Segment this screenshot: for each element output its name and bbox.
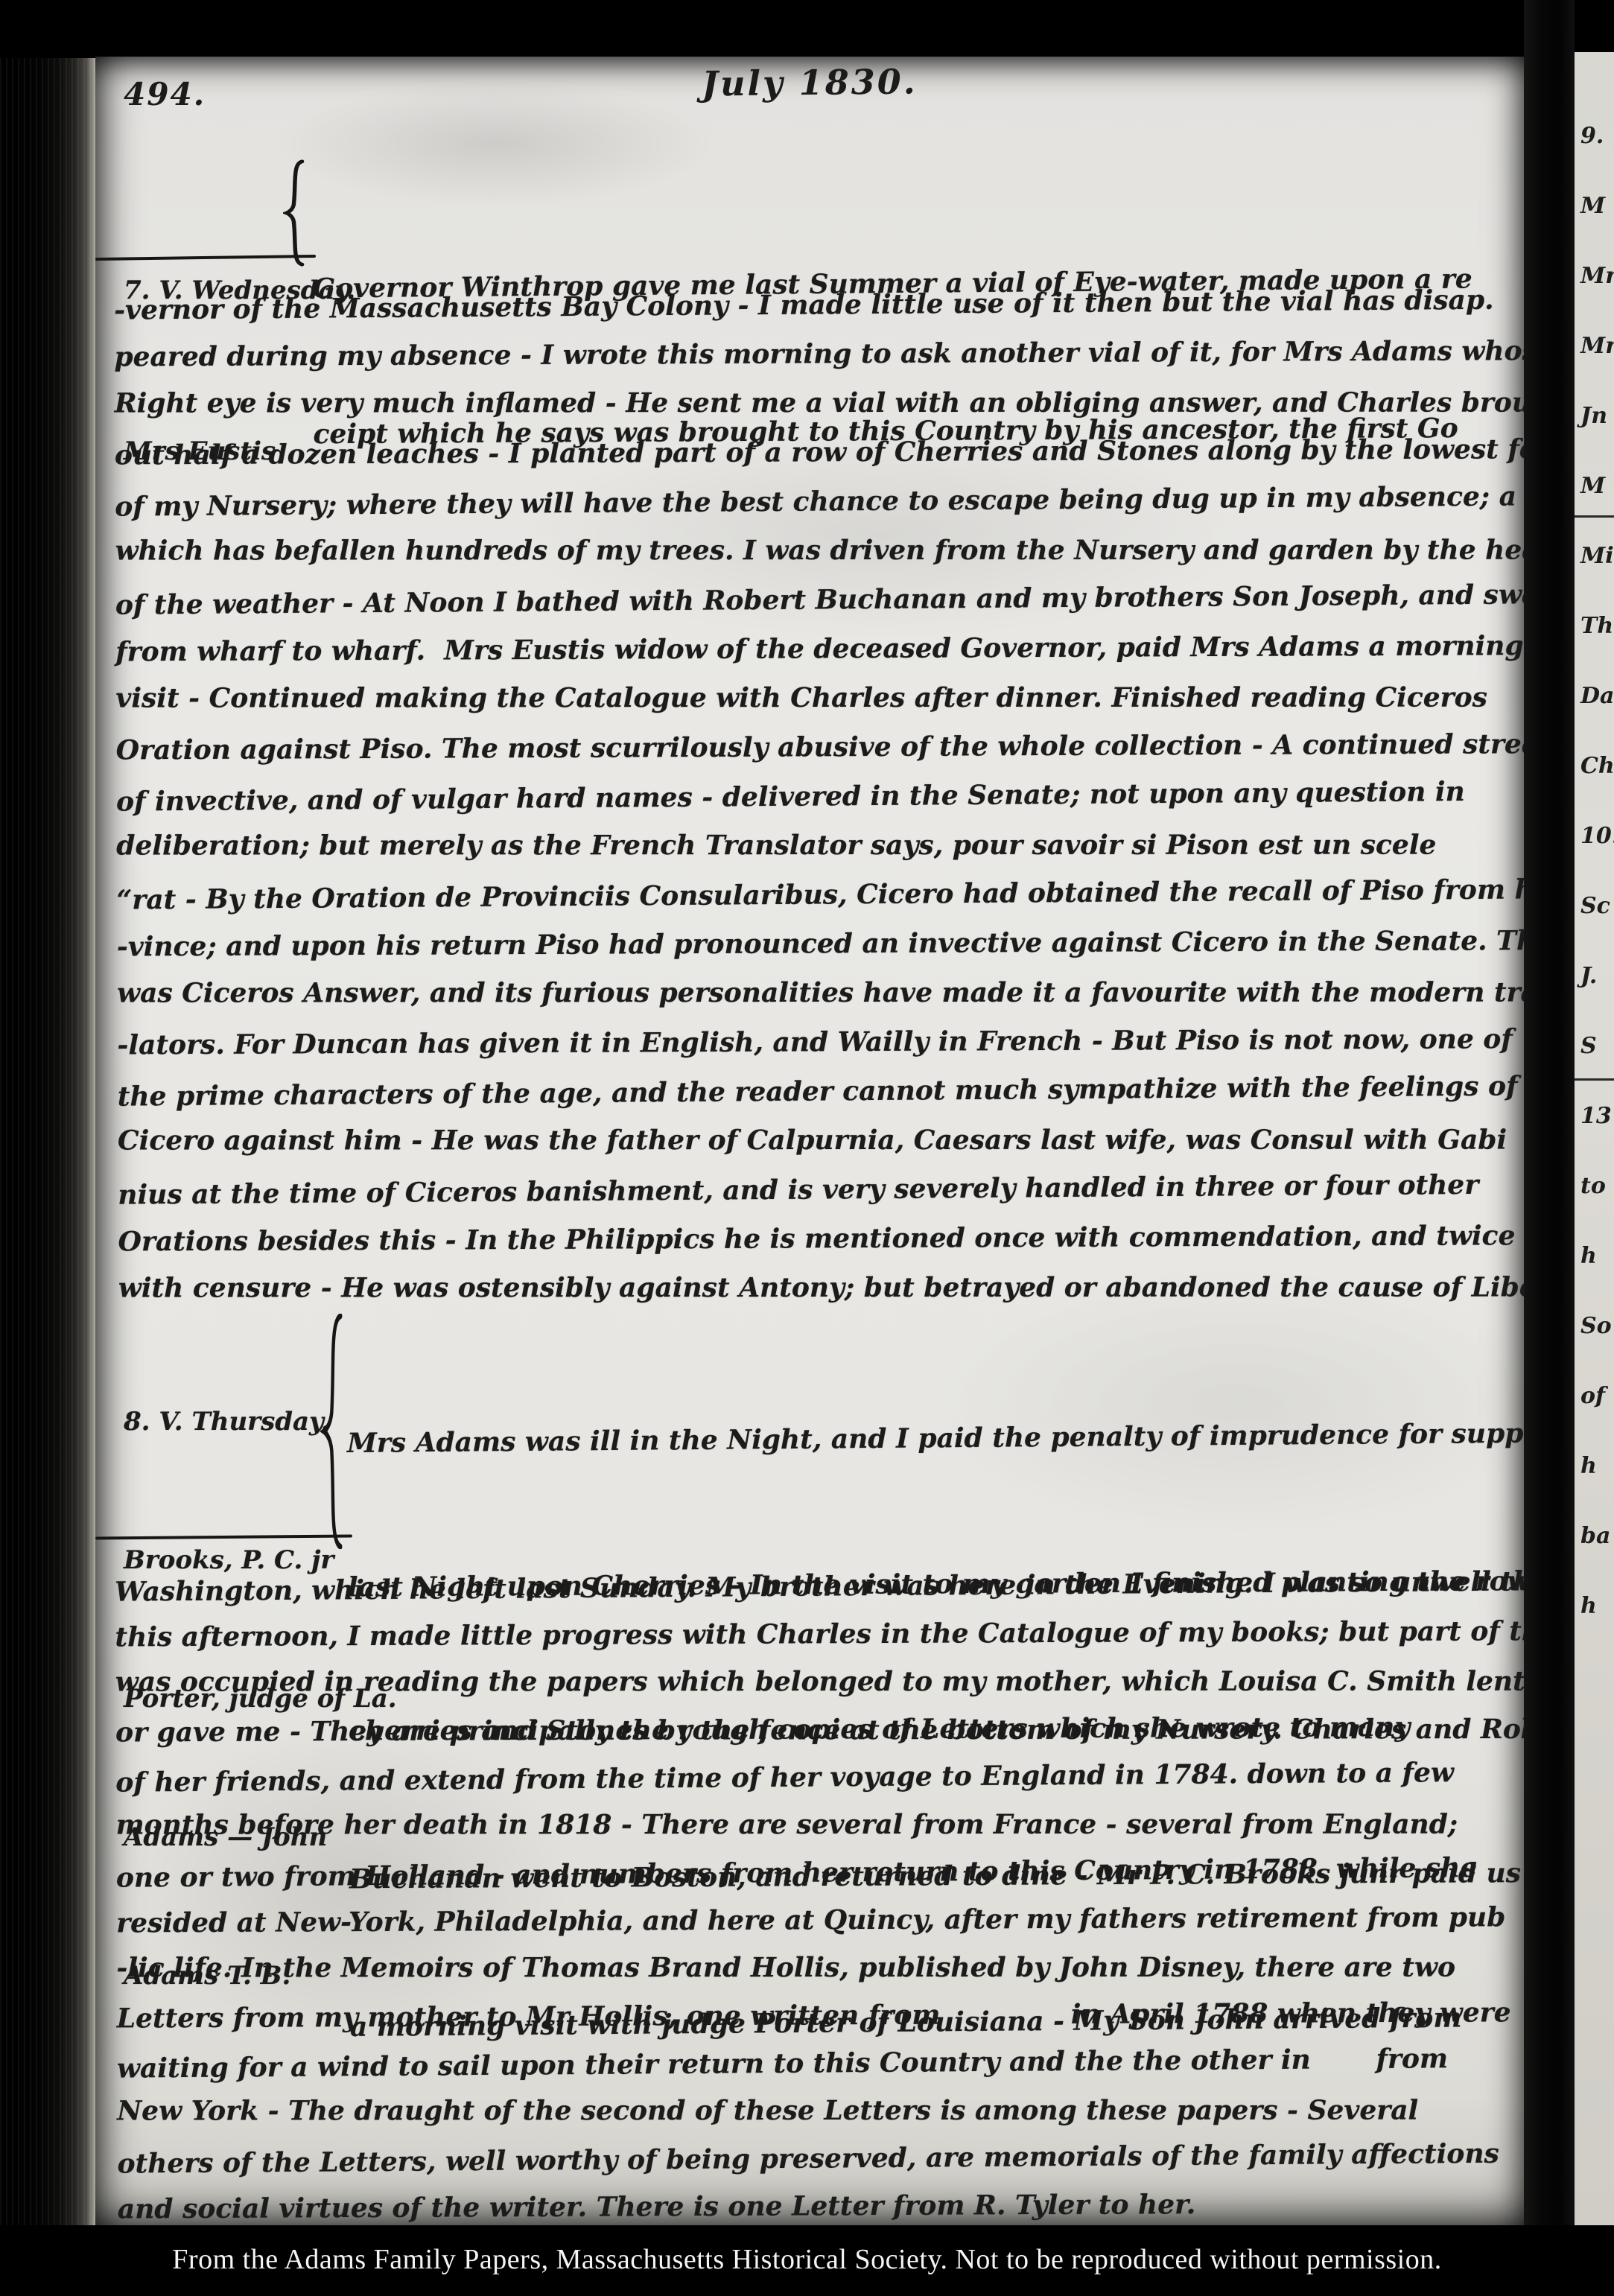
facing-page-text-fragments: 9. M Mr Mr Jn M Mig The Da Ch 10. Sc J. … — [1580, 101, 1614, 1641]
manuscript-line: Orations besides this - In the Philippic… — [118, 1211, 1524, 1267]
manuscript-line: Oration against Piso. The most scurrilou… — [116, 719, 1524, 775]
manuscript-line: New York - The draught of the second of … — [117, 2086, 1524, 2134]
manuscript-line: Cicero against him - He was the father o… — [118, 1115, 1524, 1165]
page-number: 494. — [124, 76, 206, 112]
manuscript-line: Mrs Adams was ill in the Night, and I pa… — [347, 1408, 1524, 1468]
manuscript-line: this afternoon, I made little progress w… — [115, 1607, 1524, 1661]
scan-top-border — [0, 0, 1614, 58]
manuscript-line: of the weather - At Noon I bathed with R… — [115, 569, 1524, 629]
manuscript-line: waiting for a wind to sail upon their re… — [117, 2033, 1524, 2092]
manuscript-line: or gave me - They are principally the ro… — [115, 1702, 1524, 1757]
margin-brace-icon — [283, 159, 307, 267]
manuscript-line: one or two from Holland - and numbers fr… — [116, 1842, 1524, 1901]
margin-brace-icon — [320, 1314, 346, 1549]
book-spine-edge — [0, 0, 95, 2296]
manuscript-line: of my Nursery; where they will have the … — [115, 471, 1524, 531]
manuscript-line: was Ciceros Answer, and its furious pers… — [117, 967, 1524, 1017]
manuscript-line: Right eye is very much inflamed - He sen… — [115, 378, 1524, 427]
manuscript-line: deliberation; but merely as the French T… — [116, 820, 1524, 870]
manuscript-line: Washington, which he left last Sunday. M… — [115, 1556, 1524, 1615]
manuscript-line: -lic life. In the Memoirs of Thomas Bran… — [116, 1943, 1524, 1991]
manuscript-line: from wharf to wharf. Mrs Eustis widow of… — [115, 621, 1524, 677]
manuscript-line: months before her death in 1818 - There … — [116, 1800, 1524, 1848]
facing-page-sliver: 9. M Mr Mr Jn M Mig The Da Ch 10. Sc J. … — [1575, 52, 1614, 2225]
manuscript-line: of invective, and of vulgar hard names -… — [116, 766, 1524, 826]
entry-1-body: -vernor of the Massachusetts Bay Colony … — [114, 277, 1524, 1316]
manuscript-line: which has befallen hundreds of my trees.… — [115, 525, 1524, 575]
manuscript-line: resided at New-York, Philadelphia, and h… — [116, 1893, 1524, 1947]
manuscript-line: nius at the time of Ciceros banishment, … — [118, 1159, 1524, 1219]
archive-credit-line: From the Adams Family Papers, Massachuse… — [0, 2243, 1614, 2276]
manuscript-line: peared during my absence - I wrote this … — [114, 326, 1524, 382]
manuscript-line: and social virtues of the writer. There … — [118, 2179, 1524, 2228]
manuscript-line: was occupied in reading the papers which… — [115, 1657, 1524, 1705]
entry-2-body: Washington, which he left last Sunday. M… — [115, 1559, 1524, 2228]
manuscript-scan: 494. July 1830. 7. V. Wednesday. Mrs Eus… — [0, 0, 1614, 2296]
facing-page-rule — [1575, 515, 1614, 518]
diary-page: 494. July 1830. 7. V. Wednesday. Mrs Eus… — [95, 57, 1524, 2228]
manuscript-line: with censure - He was ostensibly against… — [118, 1262, 1524, 1312]
manuscript-line: Letters from my mother to Mr Hollis, one… — [117, 1988, 1524, 2043]
manuscript-line: out half a dozen leaches - I planted par… — [115, 424, 1524, 480]
facing-page-rule — [1575, 1078, 1614, 1081]
page-title: July 1830. — [702, 61, 918, 104]
manuscript-line: the prime characters of the age, and the… — [118, 1060, 1524, 1121]
manuscript-line: -vince; and upon his return Piso had pro… — [117, 916, 1524, 972]
manuscript-line: -lators. For Duncan has given it in Engl… — [117, 1014, 1524, 1070]
manuscript-line: of her friends, and extend from the time… — [115, 1747, 1524, 1806]
page-gutter-shadow — [1524, 0, 1575, 2296]
manuscript-line: -vernor of the Massachusetts Bay Colony … — [114, 274, 1524, 334]
manuscript-line: others of the Letters, well worthy of be… — [117, 2128, 1524, 2187]
manuscript-line: “rat - By the Oration de Provinciis Cons… — [116, 864, 1524, 924]
manuscript-line: visit - Continued making the Catalogue w… — [115, 672, 1524, 722]
